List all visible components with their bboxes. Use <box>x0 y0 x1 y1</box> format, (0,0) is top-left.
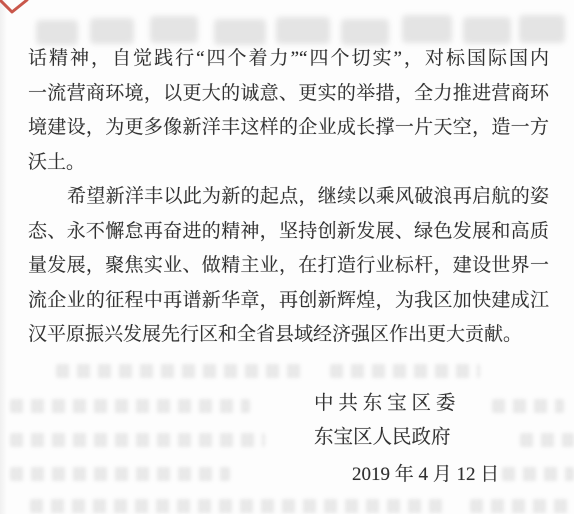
body-line: 话精神，自觉践行“四个着力”“四个切实”，对标国际国内 <box>28 42 549 77</box>
bleedthrough-row <box>330 364 480 378</box>
bleedthrough-row <box>502 467 574 481</box>
signature-date: 2019 年 4 月 12 日 <box>352 465 499 484</box>
body-line: 沃土。 <box>28 146 549 181</box>
bleedthrough-blob <box>402 15 452 43</box>
signature-government: 东宝区人民政府 <box>314 428 451 448</box>
bleedthrough-row <box>470 499 570 513</box>
bleedthrough-blob <box>463 17 511 44</box>
bleedthrough-blob <box>90 18 134 44</box>
bleedthrough-row <box>10 399 250 413</box>
scan-edge-shadow <box>0 0 7 514</box>
bleedthrough-row <box>10 467 230 481</box>
bleedthrough-row <box>10 433 265 447</box>
bleedthrough-row <box>56 364 306 378</box>
body-line: 希望新洋丰以此为新的起点，继续以乘风破浪再启航的姿 <box>28 180 549 215</box>
body-line: 态、永不懈怠再奋进的精神，坚持创新发展、绿色发展和高质 <box>28 215 549 250</box>
bleedthrough-row <box>520 433 574 447</box>
signature-committee: 中 共 东 宝 区 委 <box>314 394 455 414</box>
bleedthrough-blob <box>519 15 565 43</box>
bleedthrough-row <box>30 499 450 513</box>
bleedthrough-blob <box>150 16 198 43</box>
scanned-document-page: 话精神，自觉践行“四个着力”“四个切实”，对标国际国内 一流营商环境，以更大的诚… <box>0 0 574 514</box>
red-pen-corner-mark <box>0 0 30 18</box>
body-line: 量发展，聚焦实业、做精主业，在打造行业标杆，建设世界一 <box>28 249 549 284</box>
body-line: 一流营商环境，以更大的诚意、更实的举措，全力推进营商环 <box>28 77 549 112</box>
body-line: 汉平原振兴发展先行区和全省县域经济强区作出更大贡献。 <box>28 318 549 353</box>
bleedthrough-row <box>492 399 564 413</box>
body-line: 境建设，为更多像新洋丰这样的企业成长撑一片天空，造一方 <box>28 111 549 146</box>
body-line: 流企业的征程中再谱新华章，再创新辉煌，为我区加快建成江 <box>28 284 549 319</box>
letter-body: 话精神，自觉践行“四个着力”“四个切实”，对标国际国内 一流营商环境，以更大的诚… <box>28 42 549 353</box>
bleedthrough-blob <box>276 17 330 44</box>
